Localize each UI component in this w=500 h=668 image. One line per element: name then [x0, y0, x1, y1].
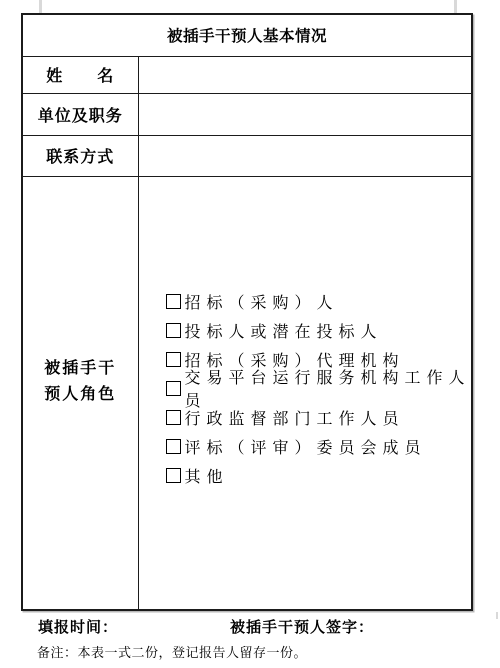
contact-label: 联系方式	[23, 136, 139, 177]
row-contact: 联系方式	[23, 136, 471, 178]
role-label-line1: 被插手干	[44, 356, 116, 382]
name-label: 姓 名	[23, 57, 139, 94]
option-label: 评标（评审）委员会成员	[185, 435, 427, 458]
option-label: 交易平台运行服务机构工作人员	[185, 365, 472, 411]
checkbox-icon[interactable]	[166, 352, 181, 367]
name-value-cell[interactable]	[139, 57, 472, 94]
checkbox-icon[interactable]	[166, 323, 181, 338]
option-label: 招标（采购）人	[185, 290, 339, 313]
role-label-line2: 预人角色	[44, 382, 116, 408]
option-platform-staff[interactable]: 交易平台运行服务机构工作人员	[166, 374, 472, 403]
option-evaluation-committee[interactable]: 评标（评审）委员会成员	[166, 432, 472, 461]
note-text: 备注：本表一式二份，登记报告人留存一份。	[37, 642, 307, 661]
margin-guide-left	[39, 0, 42, 14]
table-title-row: 被插手干预人基本情况	[23, 15, 471, 57]
role-options-cell: 招标（采购）人 投标人或潜在投标人 招标（采购）代理机构 交易平台运行服务机构工…	[139, 177, 472, 609]
form-page: { "table": { "title": "被插手干预人基本情况", "row…	[0, 0, 500, 668]
option-other[interactable]: 其他	[166, 461, 472, 490]
row-unit-and-position: 单位及职务	[23, 94, 471, 136]
checkbox-icon[interactable]	[166, 468, 181, 483]
checkbox-icon[interactable]	[166, 381, 181, 396]
row-role: 被插手干 预人角色 招标（采购）人 投标人或潜在投标人 招标（采购）代理机构	[23, 177, 471, 609]
contact-value-cell[interactable]	[139, 136, 472, 177]
option-label: 行政监督部门工作人员	[185, 406, 405, 429]
margin-guide-bottom-right	[496, 612, 498, 619]
checkbox-icon[interactable]	[166, 294, 181, 309]
checkbox-icon[interactable]	[166, 410, 181, 425]
role-label: 被插手干 预人角色	[23, 177, 139, 609]
row-name: 姓 名	[23, 57, 471, 95]
checkbox-icon[interactable]	[166, 439, 181, 454]
fill-time-label: 填报时间：	[38, 616, 118, 637]
margin-guide-right	[454, 0, 457, 14]
option-bidder-procurer[interactable]: 招标（采购）人	[166, 287, 472, 316]
unit-and-position-value-cell[interactable]	[139, 94, 472, 135]
basic-info-table: 被插手干预人基本情况 姓 名 单位及职务 联系方式 被插手干 预人角色 招标（采…	[21, 13, 473, 611]
option-tenderer-potential[interactable]: 投标人或潜在投标人	[166, 316, 472, 345]
table-title: 被插手干预人基本情况	[167, 24, 327, 46]
signature-label: 被插手干预人签字：	[230, 616, 374, 637]
role-options-list: 招标（采购）人 投标人或潜在投标人 招标（采购）代理机构 交易平台运行服务机构工…	[166, 287, 472, 490]
option-label: 投标人或潜在投标人	[185, 319, 383, 342]
unit-and-position-label: 单位及职务	[23, 94, 139, 135]
option-label: 其他	[185, 464, 229, 487]
